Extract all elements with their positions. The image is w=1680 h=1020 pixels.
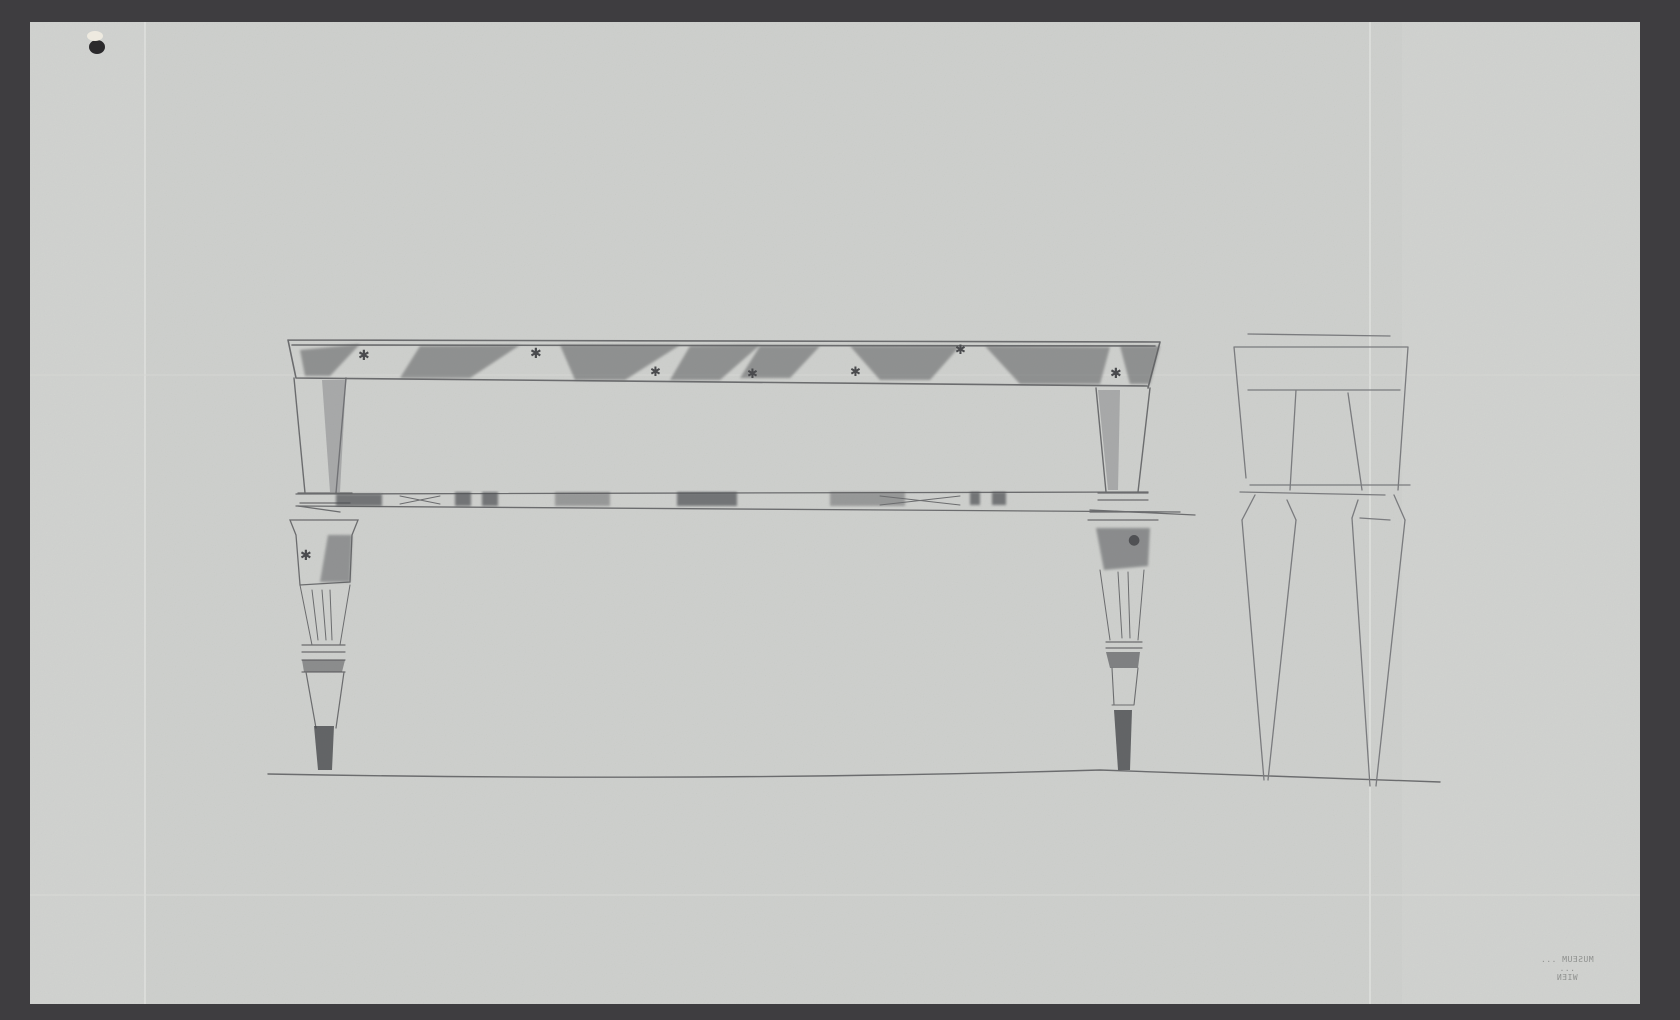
stamp-line: ... bbox=[1512, 964, 1622, 973]
stamp-line: WIEN bbox=[1512, 973, 1622, 982]
museum-stamp: MUSEUM ... ... WIEN bbox=[1512, 955, 1622, 982]
table-sketch: ✱ ✱ ✱ ✱ ✱ ✱ ✱ ✱ ● bbox=[0, 0, 1680, 1020]
stamp-line: MUSEUM ... bbox=[1512, 955, 1622, 964]
svg-text:✱: ✱ bbox=[300, 548, 312, 564]
svg-text:✱: ✱ bbox=[955, 343, 966, 358]
svg-text:✱: ✱ bbox=[650, 365, 661, 380]
svg-text:✱: ✱ bbox=[850, 365, 861, 380]
paper-hole bbox=[89, 40, 105, 54]
svg-text:✱: ✱ bbox=[358, 348, 370, 364]
svg-text:✱: ✱ bbox=[530, 346, 542, 362]
svg-text:✱: ✱ bbox=[1110, 366, 1122, 382]
svg-text:✱: ✱ bbox=[747, 367, 758, 382]
